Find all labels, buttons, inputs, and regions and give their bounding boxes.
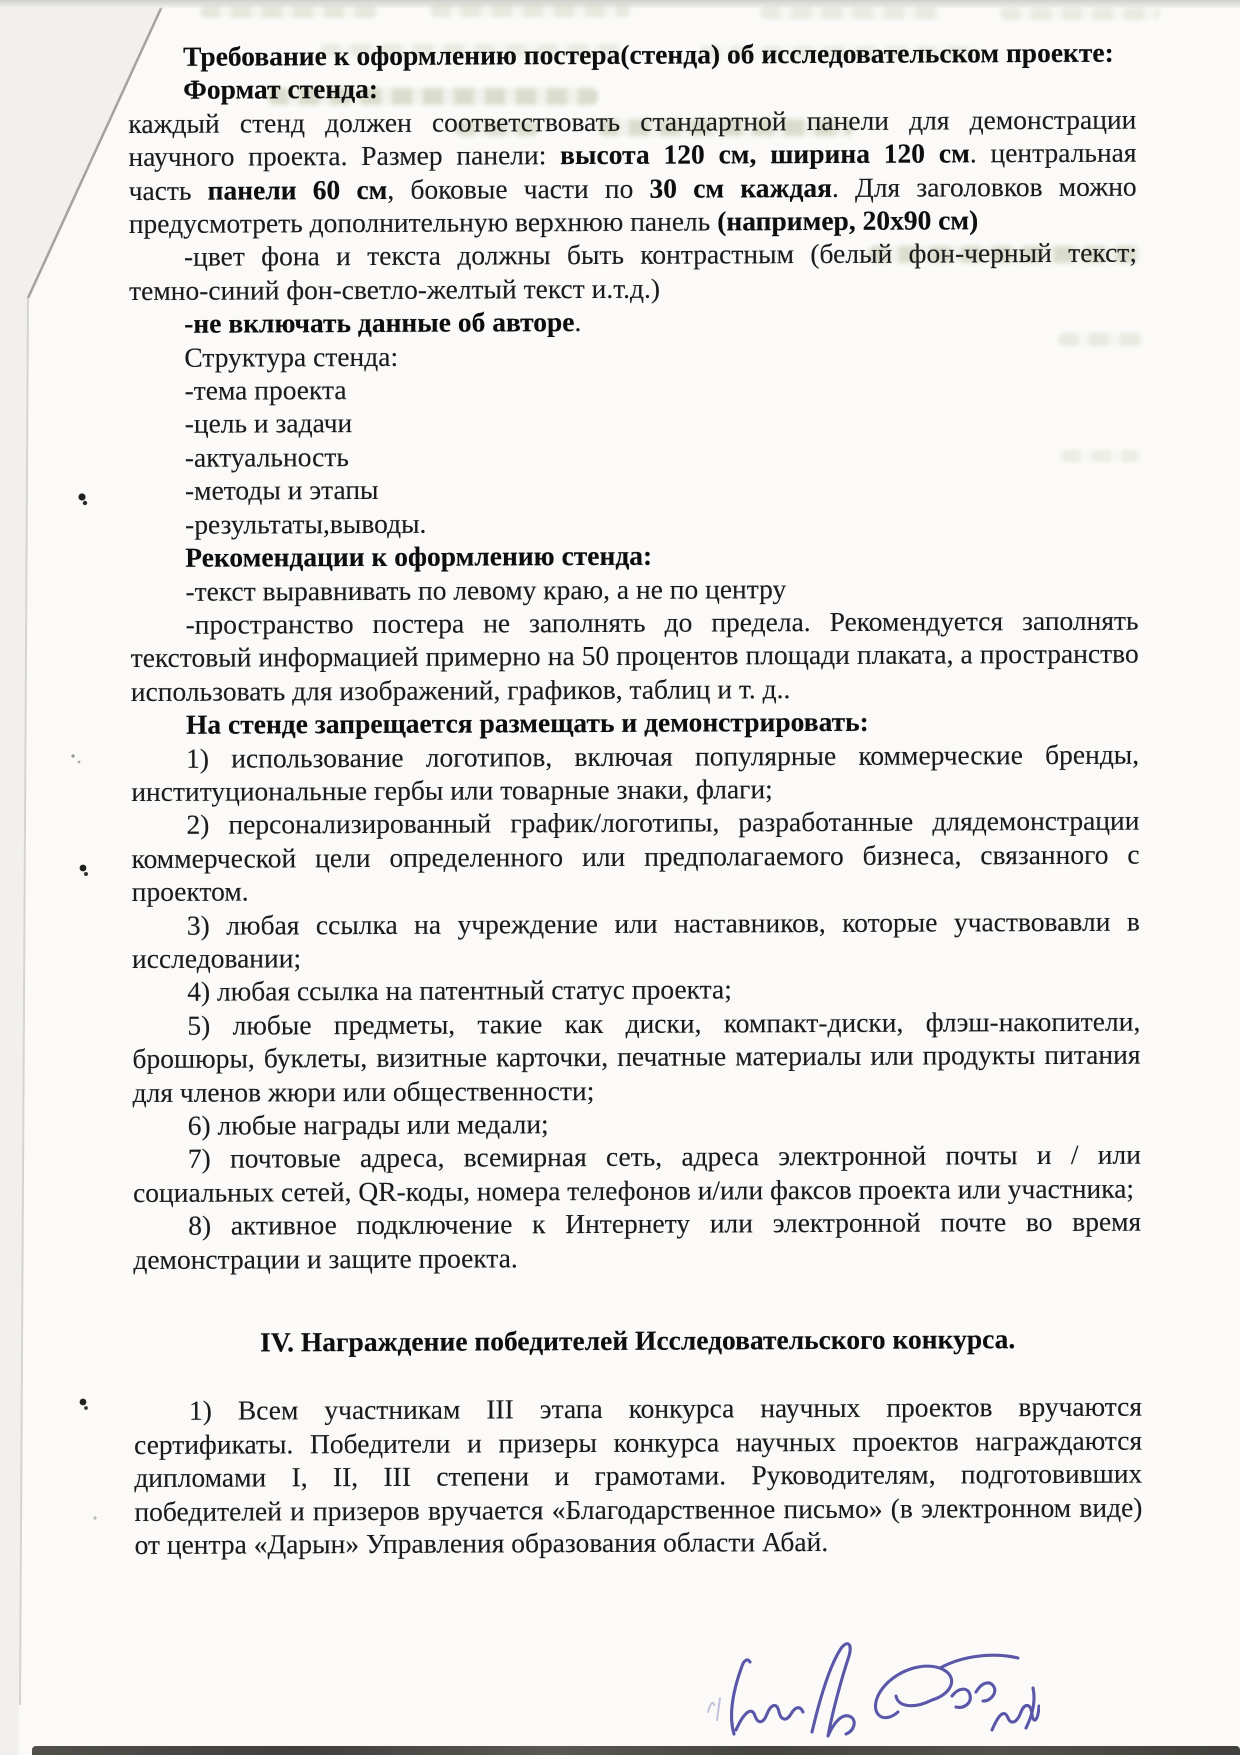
bold-text-run: панели 60 см	[208, 173, 388, 205]
signature-stroke	[736, 1705, 803, 1730]
ink-speck	[80, 865, 87, 872]
structure-heading: Структура стенда:	[129, 336, 1137, 374]
text-run: , боковые части по	[387, 172, 649, 204]
rule-contrast: -цвет фона и текста должны быть контраст…	[129, 236, 1137, 307]
prohibited-item-1: 1) использование логотипов, включая попу…	[131, 737, 1139, 808]
text-run: -результаты,выводы.	[185, 507, 426, 539]
bold-text-run: Рекомендации к оформлению стенда:	[185, 540, 652, 573]
text-run: -цель и задачи	[185, 407, 353, 439]
text-run: 1) Всем участникам III этапа конкурса на…	[134, 1391, 1142, 1560]
rule-no-author: -не включать данные об авторе.	[129, 303, 1137, 341]
bold-text-run: высота 120 см, ширина 120 см	[560, 138, 970, 171]
text-run: 3) любая ссылка на учреждение или настав…	[132, 905, 1140, 974]
bleedthrough-artifact	[430, 5, 630, 17]
bold-text-run: IV. Награждение победителей Исследовател…	[260, 1323, 1015, 1357]
text-run: -актуальность	[185, 441, 349, 473]
signature-stroke	[976, 1683, 995, 1701]
structure-item-5: -результаты,выводы.	[130, 503, 1138, 541]
text-run: 5) любые предметы, такие как диски, комп…	[132, 1005, 1140, 1107]
bleedthrough-artifact	[200, 6, 380, 18]
structure-item-2: -цель и задачи	[130, 403, 1138, 441]
bold-text-run: -не включать данные об авторе	[184, 306, 574, 339]
award-paragraph: 1) Всем участникам III этапа конкурса на…	[134, 1390, 1143, 1561]
bold-text-run: Требование к оформлению постера(стенда) …	[183, 37, 1114, 72]
ink-speck	[83, 501, 87, 505]
prohibited-item-2: 2) персонализированный график/логотипы, …	[131, 804, 1139, 909]
ink-speck	[84, 1406, 88, 1410]
document-text: Требование к оформлению постера(стенда) …	[128, 36, 1143, 1562]
bold-text-run: Формат стенда:	[183, 73, 378, 105]
structure-item-3: -актуальность	[130, 436, 1138, 474]
signature-stroke	[812, 1644, 854, 1736]
prohibited-item-8: 8) активное подключение к Интернету или …	[133, 1205, 1141, 1276]
ink-speck	[78, 761, 81, 764]
scanner-bottom-edge-bar	[32, 1746, 1240, 1755]
bold-text-run: На стенде запрещается размещать и демонс…	[186, 706, 869, 740]
signature-stroke	[875, 1666, 951, 1718]
text-run: -методы и этапы	[185, 474, 379, 506]
ink-speck	[84, 872, 88, 876]
structure-item-1: -тема проекта	[129, 370, 1137, 408]
bleedthrough-artifact	[760, 7, 940, 19]
text-run: Структура стенда:	[184, 340, 398, 372]
signature-stroke	[952, 1689, 970, 1707]
recommendations-heading: Рекомендации к оформлению стенда:	[130, 537, 1138, 575]
text-run: -цвет фона и текста должны быть контраст…	[129, 237, 1137, 306]
bleedthrough-artifact	[1000, 8, 1160, 20]
prohibited-item-5: 5) любые предметы, такие как диски, комп…	[132, 1004, 1140, 1109]
bold-text-run: (например, 20х90 см)	[717, 204, 978, 236]
prohibited-heading: На стенде запрещается размещать и демонс…	[131, 704, 1139, 742]
prohibited-item-6: 6) любые награды или медали;	[133, 1105, 1141, 1143]
doc-title: Требование к оформлению постера(стенда) …	[128, 36, 1136, 74]
text-run: .	[574, 306, 581, 337]
signature-stroke	[708, 1698, 720, 1720]
text-run: 1) использование логотипов, включая попу…	[131, 738, 1139, 807]
ink-speck	[71, 754, 74, 757]
section-iv-heading: IV. Награждение победителей Исследовател…	[134, 1322, 1142, 1360]
text-run: -пространство постера не заполнять до пр…	[131, 605, 1139, 707]
text-run: -текст выравнивать по левому краю, а не …	[185, 573, 786, 607]
scanned-document-page: Требование к оформлению постера(стенда) …	[0, 0, 1240, 1755]
signature-stroke	[940, 1655, 1018, 1668]
text-run: 7) почтовые адреса, всемирная сеть, адре…	[133, 1139, 1141, 1208]
ink-speck	[93, 1516, 96, 1519]
bold-text-run: 30 см каждая	[649, 172, 832, 204]
ink-speck	[80, 1399, 87, 1406]
recommendation-align: -текст выравнивать по левому краю, а не …	[130, 570, 1138, 608]
text-run: 2) персонализированный график/логотипы, …	[132, 805, 1140, 907]
ink-speck	[78, 493, 85, 500]
text-run: 8) активное подключение к Интернету или …	[133, 1206, 1141, 1275]
prohibited-item-7: 7) почтовые адреса, всемирная сеть, адре…	[133, 1138, 1141, 1209]
prohibited-item-3: 3) любая ссылка на учреждение или настав…	[132, 904, 1140, 975]
recommendation-space: -пространство постера не заполнять до пр…	[130, 604, 1138, 709]
structure-item-4: -методы и этапы	[130, 470, 1138, 508]
text-run: -тема проекта	[184, 374, 346, 406]
signature	[700, 1632, 1040, 1754]
text-run: 4) любая ссылка на патентный статус прое…	[187, 974, 732, 1007]
text-run: 6) любые награды или медали;	[188, 1108, 549, 1141]
format-heading: Формат стенда:	[128, 69, 1136, 107]
prohibited-item-4: 4) любая ссылка на патентный статус прое…	[132, 971, 1140, 1009]
format-body: каждый стенд должен соответствовать стан…	[128, 102, 1137, 240]
